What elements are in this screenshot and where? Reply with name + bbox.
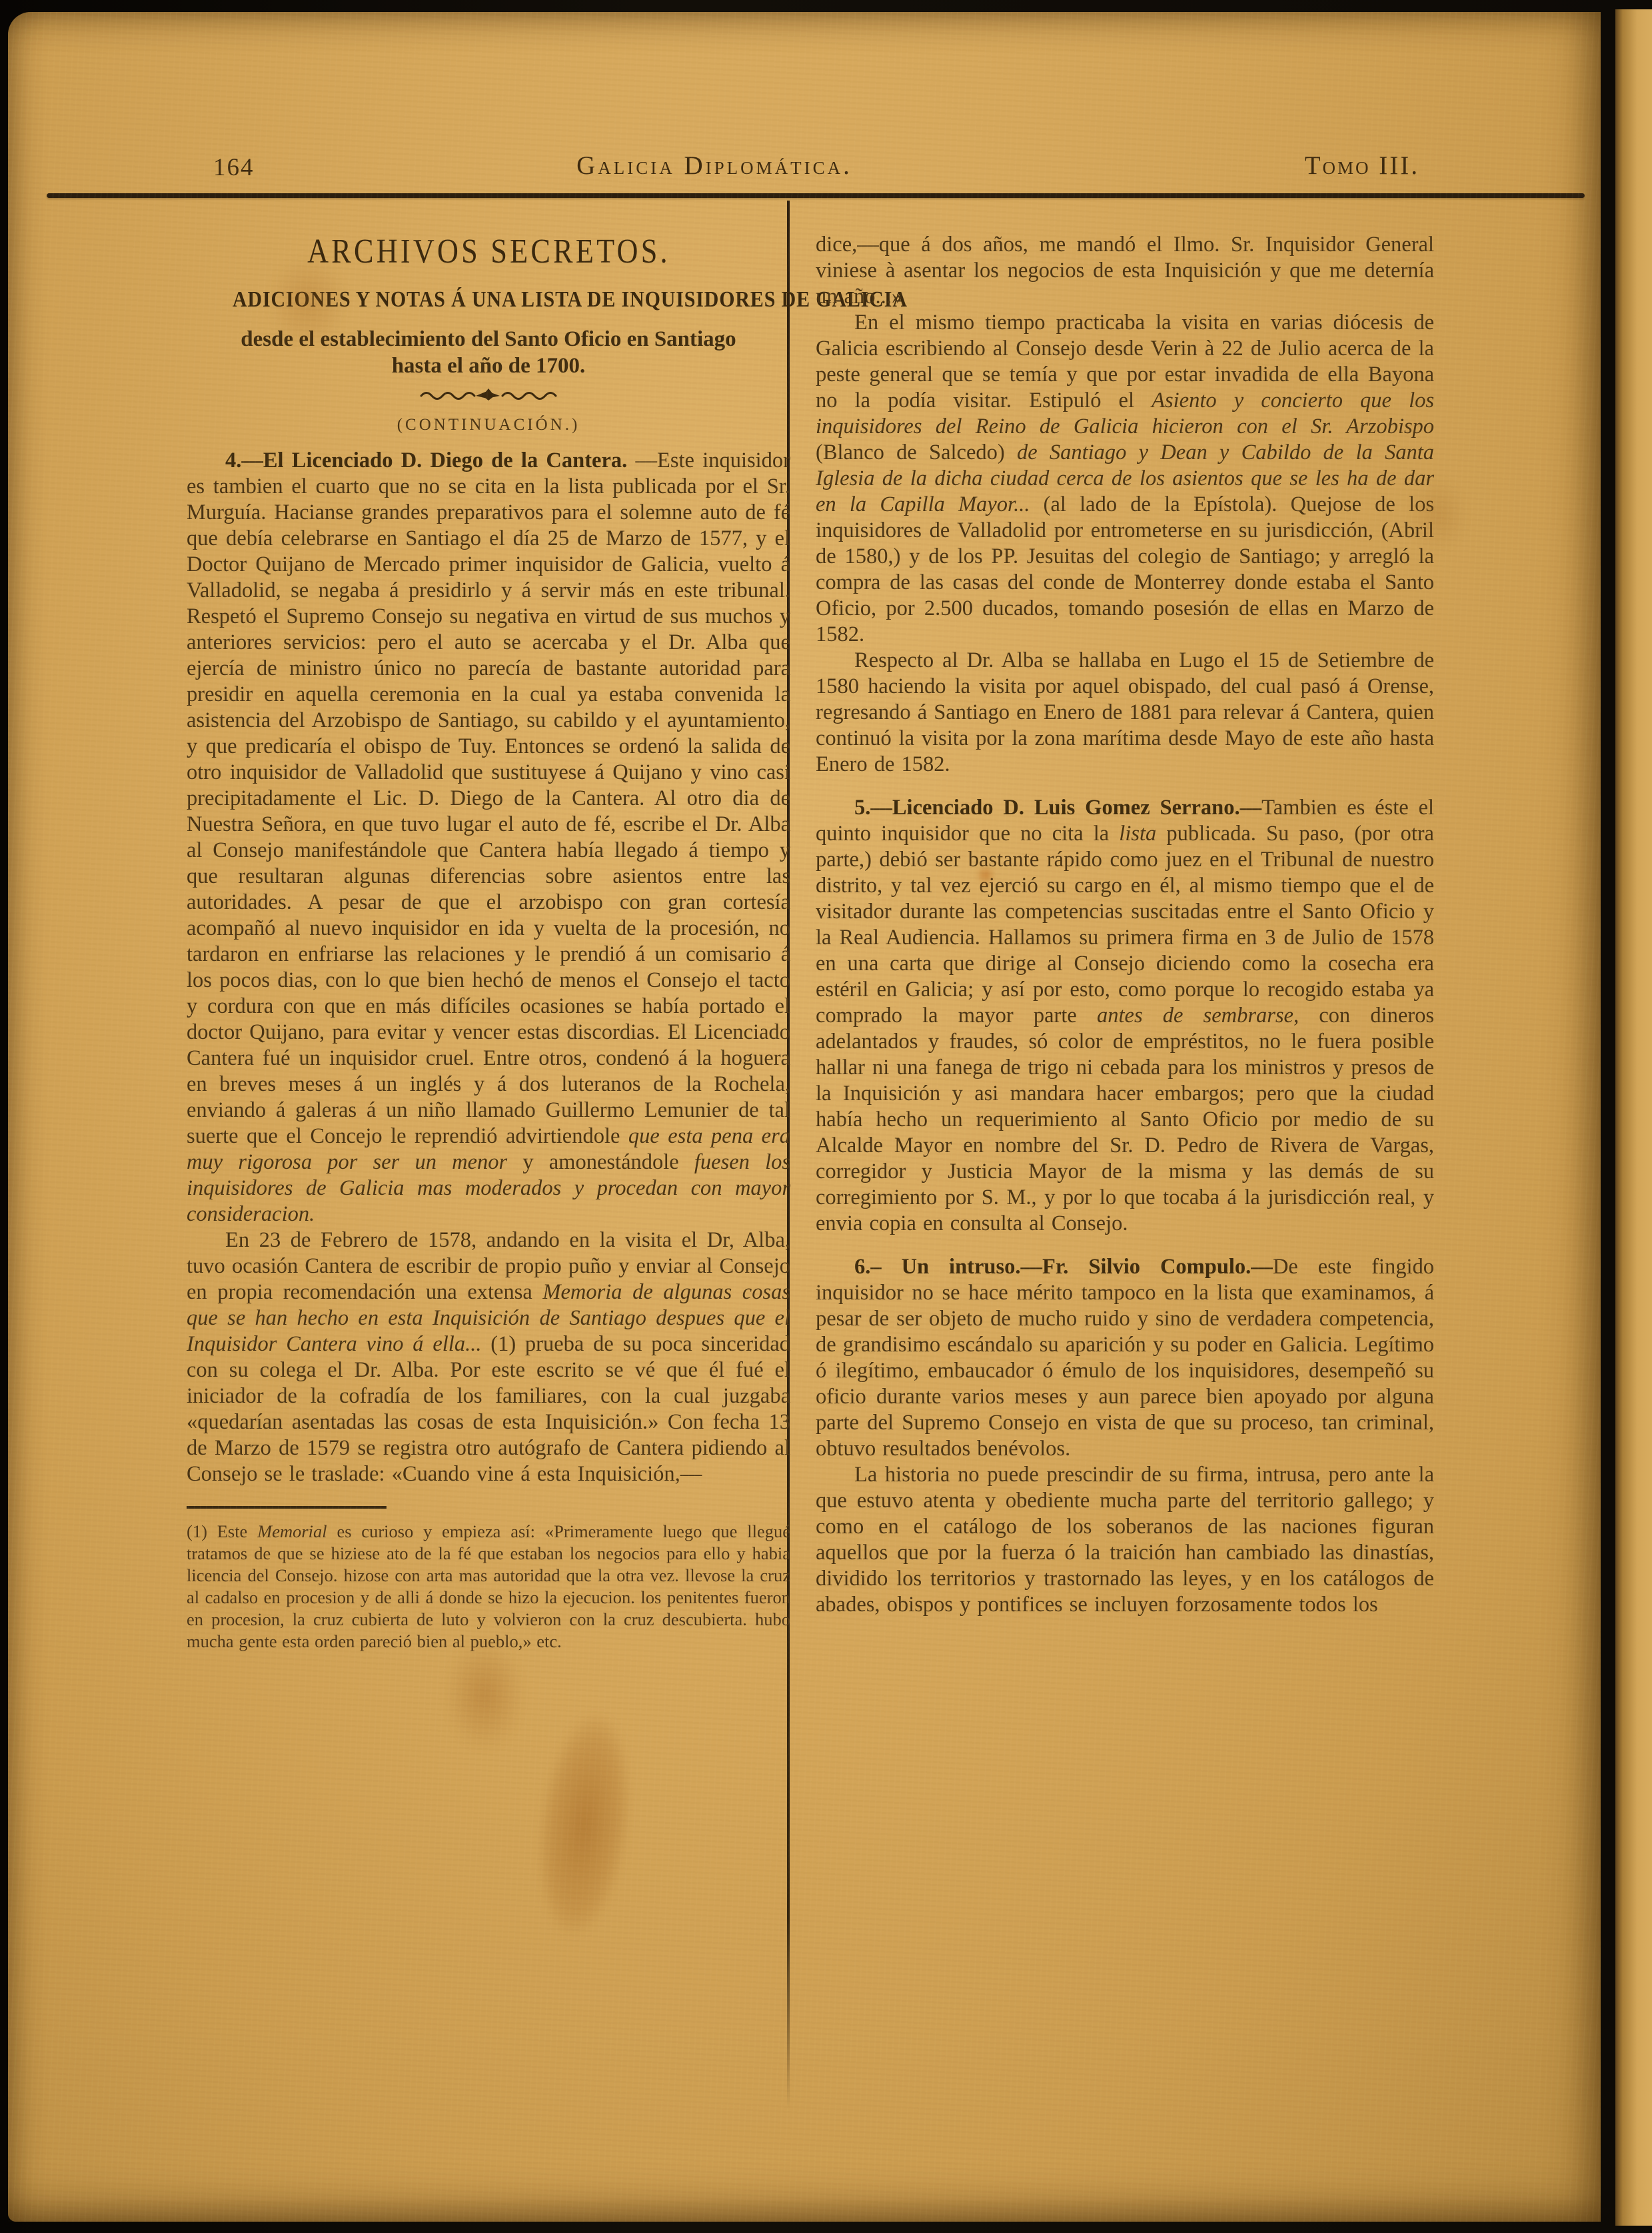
article-subtitle-secondary: desde el establecimiento del Santo Ofici…: [187, 326, 790, 379]
subtitle-line-1: desde el establecimiento del Santo Ofici…: [241, 327, 736, 351]
book-page: 164 Galicia Diplomática. Tomo III. ARCHI…: [8, 12, 1601, 2222]
article-title: ARCHIVOS SECRETOS.: [187, 232, 790, 271]
next-page-edge: [1615, 9, 1652, 2226]
footnote-1: (1) Este Memorial es curioso y empieza a…: [187, 1521, 790, 1653]
paragraph-respecto-alba: Respecto al Dr. Alba se hallaba en Lugo …: [816, 648, 1434, 778]
paper-stain: [528, 1710, 640, 1938]
paragraph-memoria: En 23 de Febrero de 1578, andando en la …: [187, 1227, 790, 1487]
volume-label: Tomo III.: [1153, 151, 1419, 181]
scanned-book-spread: { "document": { "language": "es", "page_…: [0, 0, 1652, 2233]
wavy-divider-icon: [187, 387, 790, 406]
footnote-rule: [187, 1506, 387, 1509]
paper-stain: [444, 1638, 524, 1751]
paragraph-section-5: 5.—Licenciado D. Luis Gomez Serrano.—Tam…: [816, 795, 1434, 1237]
header-rule: [47, 193, 1585, 198]
right-column: dice,—que á dos años, me mandó el Ilmo. …: [816, 232, 1434, 1618]
continuation-note: (CONTINUACIÓN.): [187, 416, 790, 434]
paragraph-section-4: 4.—El Licenciado D. Diego de la Cantera.…: [187, 448, 790, 1227]
subtitle-line-2: hasta el año de 1700.: [392, 354, 586, 378]
paragraph-continuation: dice,—que á dos años, me mandó el Ilmo. …: [816, 232, 1434, 310]
paragraph-historia: La historia no puede prescindir de su fi…: [816, 1462, 1434, 1618]
left-column: ARCHIVOS SECRETOS. ADICIONES Y NOTAS Á U…: [187, 225, 790, 1653]
paragraph-section-6: 6.– Un intruso.—Fr. Silvio Compulo.—De e…: [816, 1254, 1434, 1462]
article-subtitle: ADICIONES Y NOTAS Á UNA LISTA DE INQUISI…: [187, 287, 790, 313]
paragraph-visita: En el mismo tiempo practicaba la visita …: [816, 310, 1434, 648]
